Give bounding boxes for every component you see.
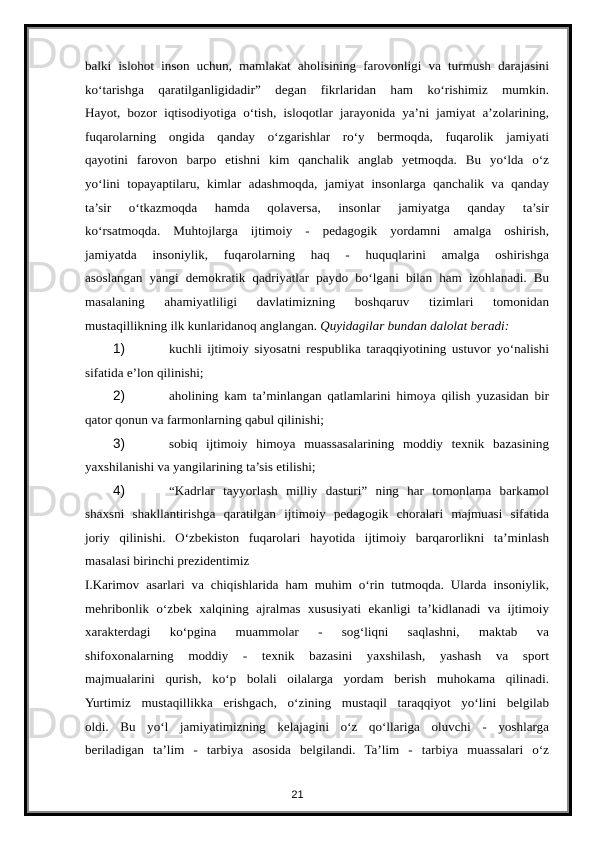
list-number: 1): [85, 337, 169, 361]
list-item-1: 1)kuchli ijtimoiy siyosatni respublika t…: [85, 337, 549, 361]
text-line: balki islohot inson uchun, mamlakat ahol…: [85, 54, 549, 78]
text-line: yo‘lini topayaptilaru, kimlar adashmoqda…: [85, 172, 549, 196]
list-text: aholining kam ta’minlangan qatlamlarini …: [169, 388, 549, 403]
list-text: “Kadrlar tayyorlash milliy dasturi” ning…: [169, 483, 549, 498]
text-line: qator qonun va farmonlarning qabul qilin…: [85, 408, 549, 432]
text-italic: Quyidagilar bundan dalolat beradi:: [320, 318, 509, 333]
text-plain: mustaqillikning ilk kunlaridanoq anglang…: [85, 318, 317, 333]
list-text: kuchli ijtimoiy siyosatni respublika tar…: [169, 341, 549, 356]
text-line: yaxshilanishi va yangilarining ta’sis et…: [85, 455, 549, 479]
text-line: asoslangan yangi demokratik qadriyatlar …: [85, 266, 549, 290]
text-line: I.Karimov asarlari va chiqishlarida ham …: [85, 573, 549, 597]
text-line: xarakterdagi ko‘pgina muammolar - sog‘li…: [85, 620, 549, 644]
text-line: masalasi birinchi prezidentimiz: [85, 549, 549, 573]
text-line: mustaqillikning ilk kunlaridanoq anglang…: [85, 314, 549, 338]
text-line: ko‘rsatmoqda. Muhtojlarga ijtimoiy - ped…: [85, 219, 549, 243]
text-line: masalaning ahamiyatliligi davlatimizning…: [85, 290, 549, 314]
text-line: shaxsni shakllantirishga qaratilgan ijti…: [85, 502, 549, 526]
page-number: 21: [0, 789, 595, 801]
text-line: oldi. Bu yo‘l jamiyatimizning kelajagini…: [85, 715, 549, 739]
text-line: sifatida e’lon qilinishi;: [85, 361, 549, 385]
text-line: ko‘tarishga qaratilganligidadir” degan f…: [85, 78, 549, 102]
text-line: Yurtimiz mustaqillikka erishgach, o‘zini…: [85, 691, 549, 715]
list-number: 4): [85, 479, 169, 503]
document-body: balki islohot inson uchun, mamlakat ahol…: [85, 54, 549, 762]
text-line: mehribonlik o‘zbek xalqining ajralmas xu…: [85, 597, 549, 621]
list-item-2: 2)aholining kam ta’minlangan qatlamlarin…: [85, 384, 549, 408]
list-number: 2): [85, 384, 169, 408]
text-line: majmualarini qurish, ko‘p bolali oilalar…: [85, 667, 549, 691]
text-line: joriy qilinishi. O‘zbekiston fuqarolari …: [85, 526, 549, 550]
text-line: jamiyatda insoniylik, fuqarolarning haq …: [85, 243, 549, 267]
list-item-3: 3)sobiq ijtimoiy himoya muassasalarining…: [85, 432, 549, 456]
list-item-4: 4)“Kadrlar tayyorlash milliy dasturi” ni…: [85, 479, 549, 503]
list-number: 3): [85, 432, 169, 456]
text-line: ta’sir o‘tkazmoqda hamda qolaversa, inso…: [85, 196, 549, 220]
text-line: qayotini farovon barpo etishni kim qanch…: [85, 148, 549, 172]
list-text: sobiq ijtimoiy himoya muassasalarining m…: [169, 436, 549, 451]
text-line: shifoxonalarning moddiy - texnik bazasin…: [85, 644, 549, 668]
text-line: fuqarolarning ongida qanday o‘zgarishlar…: [85, 125, 549, 149]
text-line: beriladigan ta’lim - tarbiya asosida bel…: [85, 738, 549, 762]
text-line: Hayot, bozor iqtisodiyotiga o‘tish, islo…: [85, 101, 549, 125]
